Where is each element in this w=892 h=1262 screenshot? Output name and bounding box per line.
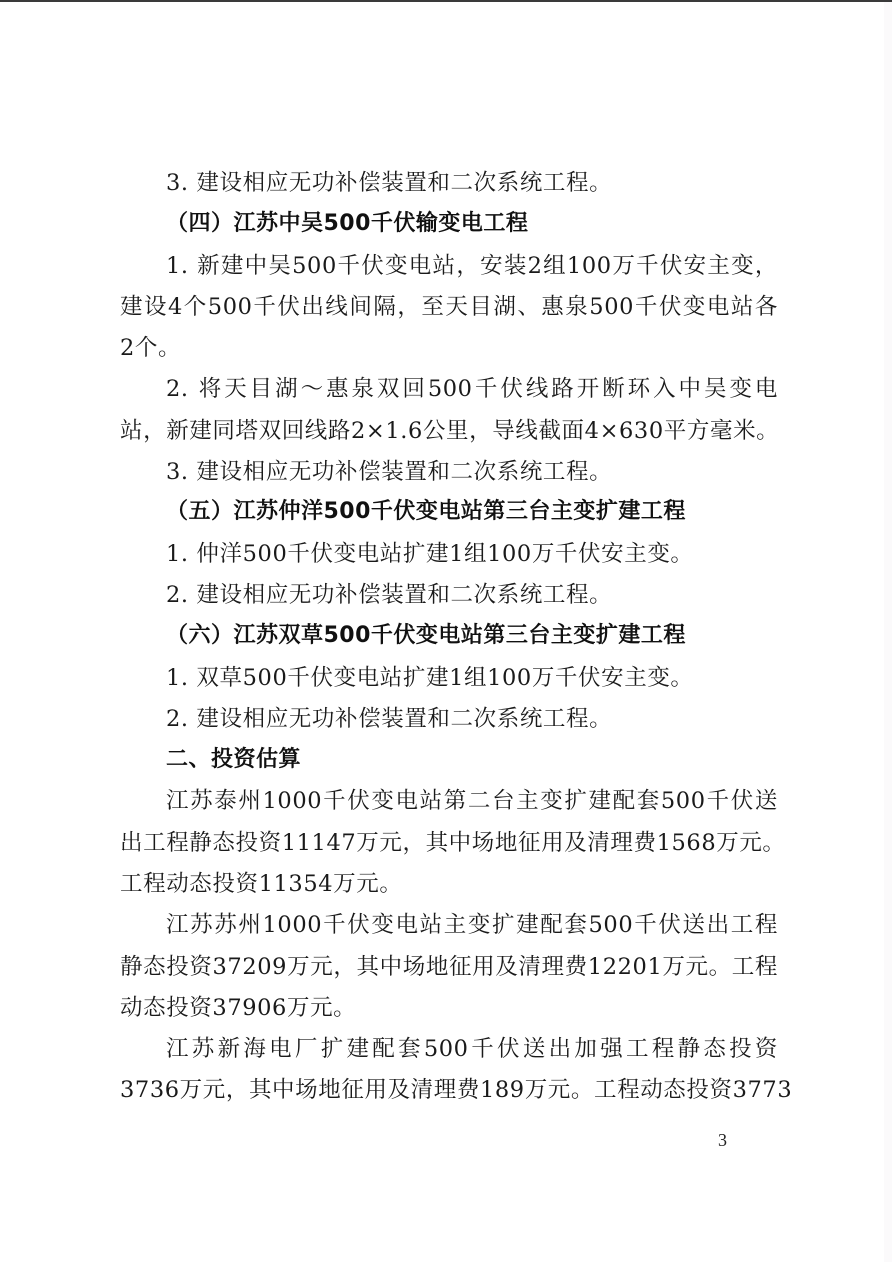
section-heading-zhongyang: （五）江苏仲洋500千伏变电站第三台主变扩建工程 [166, 497, 686, 527]
section-heading-investment: 二、投资估算 [166, 745, 301, 775]
body-line: 1. 双草500千伏变电站扩建1组100万千伏安主变。 [166, 663, 694, 693]
body-line: 2个。 [120, 333, 181, 363]
body-line: 江苏泰州1000千伏变电站第二台主变扩建配套500千伏送 [166, 786, 778, 816]
body-line: 站，新建同塔双回线路2×1.6公里，导线截面4×630平方毫米。 [120, 416, 778, 446]
body-line: 1. 仲洋500千伏变电站扩建1组100万千伏安主变。 [166, 539, 694, 569]
section-heading-zhongwu: （四）江苏中吴500千伏输变电工程 [166, 209, 528, 239]
body-line: 2. 建设相应无功补偿装置和二次系统工程。 [166, 704, 612, 734]
section-heading-shuangcao: （六）江苏双草500千伏变电站第三台主变扩建工程 [166, 621, 686, 651]
body-line: 2. 建设相应无功补偿装置和二次系统工程。 [166, 580, 612, 610]
body-line: 动态投资37906万元。 [120, 993, 356, 1023]
page-number: 3 [718, 1130, 727, 1151]
body-line: 工程动态投资11354万元。 [120, 869, 402, 899]
body-line-item3-reactive: 3. 建设相应无功补偿装置和二次系统工程。 [166, 168, 612, 198]
body-line: 2. 将天目湖～惠泉双回500千伏线路开断环入中吴变电 [166, 374, 778, 404]
body-line: 3. 建设相应无功补偿装置和二次系统工程。 [166, 457, 612, 487]
document-page: 3. 建设相应无功补偿装置和二次系统工程。 （四）江苏中吴500千伏输变电工程 … [0, 0, 892, 1262]
body-line: 静态投资37209万元，其中场地征用及清理费12201万元。工程 [120, 952, 778, 982]
body-line: 江苏苏州1000千伏变电站主变扩建配套500千伏送出工程 [166, 910, 778, 940]
body-line: 建设4个500千伏出线间隔，至天目湖、惠泉500千伏变电站各 [120, 292, 778, 322]
body-line: 1. 新建中吴500千伏变电站，安装2组100万千伏安主变， [166, 251, 778, 281]
body-line: 出工程静态投资11147万元，其中场地征用及清理费1568万元。 [120, 828, 778, 858]
body-line: 3736万元，其中场地征用及清理费189万元。工程动态投资3773 [120, 1075, 778, 1105]
body-line: 江苏新海电厂扩建配套500千伏送出加强工程静态投资 [166, 1034, 778, 1064]
